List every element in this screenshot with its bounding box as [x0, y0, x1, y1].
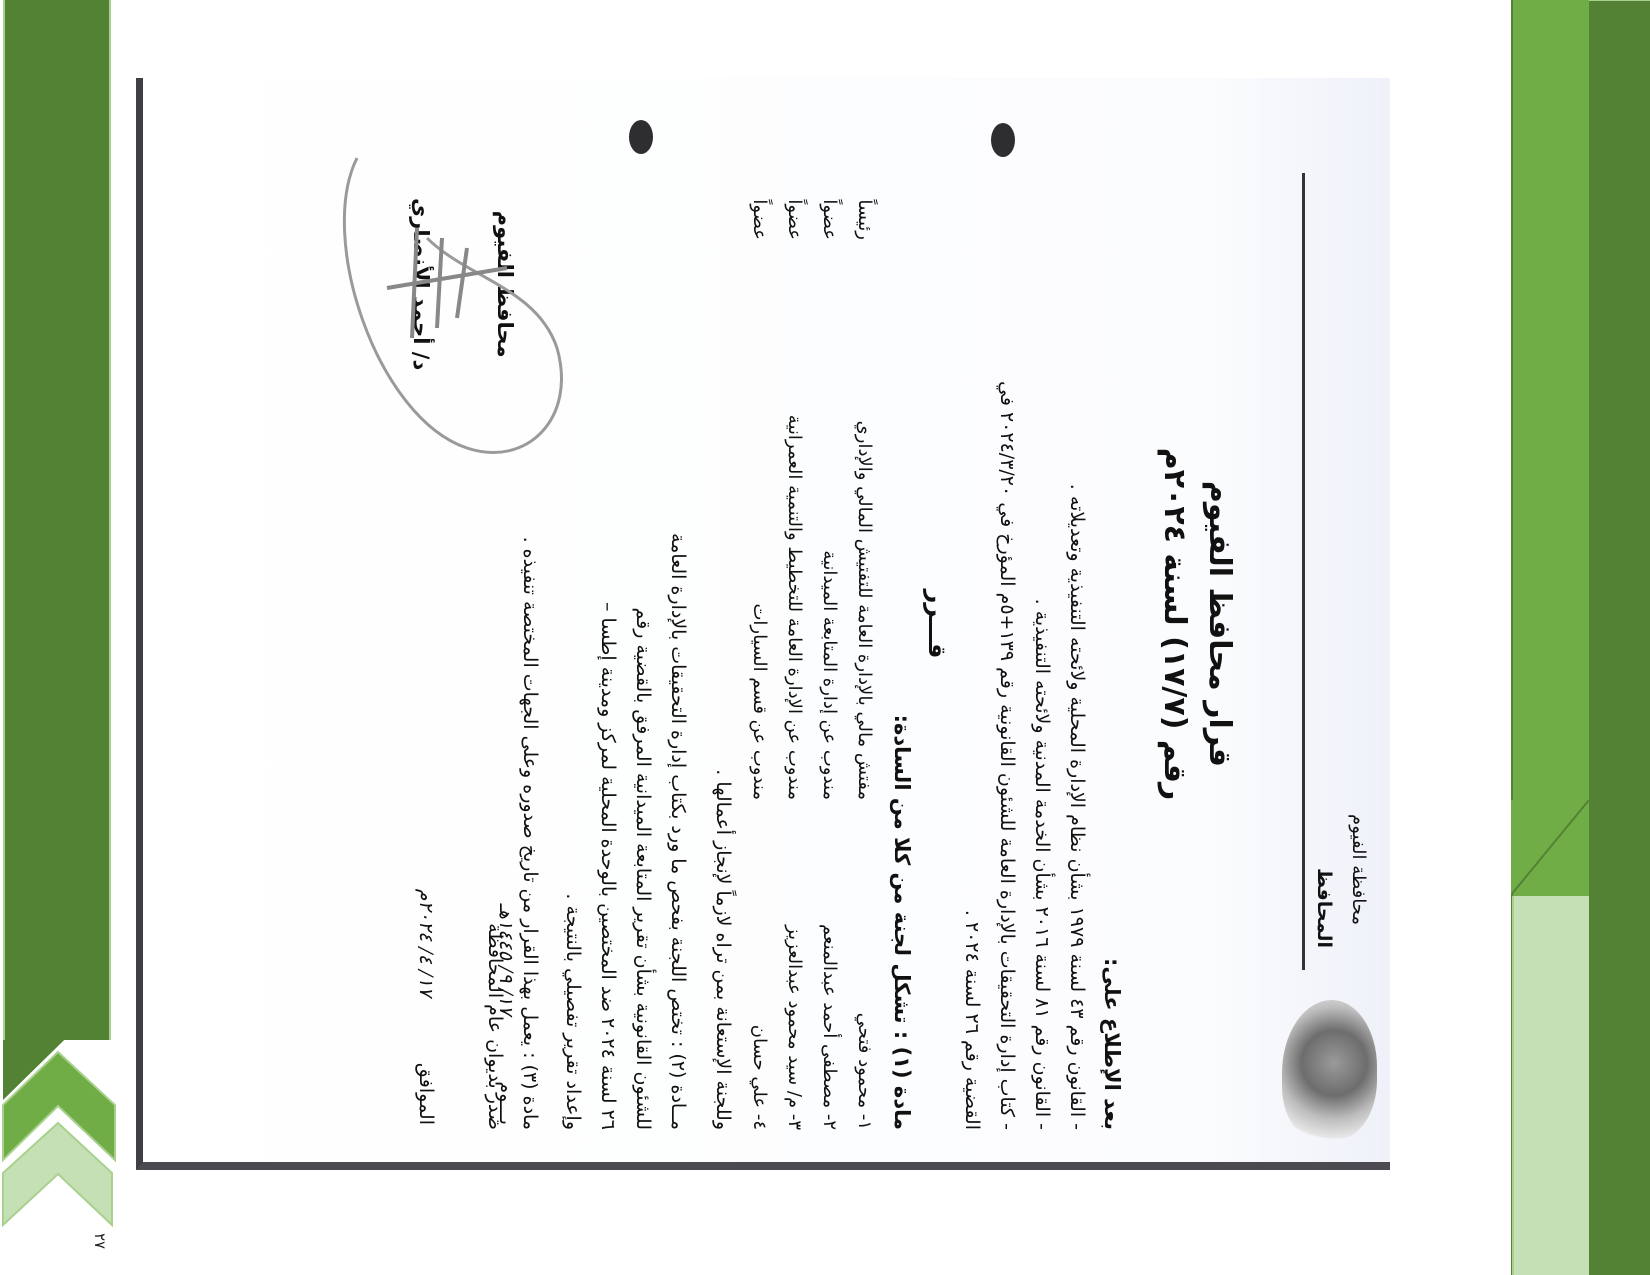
date-block: يـــوم ١٧/ ٩/ ١٤٤٥هـ الموافق ١٧/ ٤/ ٢٠٢٤… — [415, 889, 517, 1125]
preamble-line: - القانون رقم ٤٣ لسنة ١٩٧٩ بشأن نظام الإ… — [1059, 118, 1094, 1130]
header-office: المحافظ — [1313, 868, 1335, 948]
preamble-line: القضية رقم ٢٦ لسنة ٢٠٢٤ . — [954, 118, 989, 1130]
committee-row: ٤- علي حسان مندوب عن قسم السيارات عضواً — [742, 199, 777, 1130]
hijri-date: ١٧/ ٩/ ١٤٤٥هـ — [495, 903, 517, 1015]
article-2-line: للشئون القانونية بشأن تقرير المتابعة الم… — [625, 118, 660, 1130]
decree-body: بعد الإطلاع على: - القانون رقم ٤٣ لسنة ١… — [477, 118, 1129, 1130]
decree-number: رقم (١٧/٧) لسنة ٢٠٢٤م — [1157, 78, 1192, 1170]
governorate-logo-icon — [1282, 1000, 1377, 1140]
signatory-title: محافظ الفيوم — [493, 198, 517, 370]
decree-page: محافظة الفيوم المحافظ قرار محافظ الفيوم … — [143, 78, 1390, 1170]
right-dark-strip — [1589, 0, 1650, 1275]
article-2-line: ٢٦ لسنة ٢٠٢٤ ضد المختصين بالوحدة المحلية… — [590, 118, 625, 1130]
header-divider — [1302, 173, 1305, 970]
preamble-line: - كتاب إدارة التحقيقات بالإدارة العامة ل… — [989, 118, 1024, 1130]
right-triangle-decoration-icon — [1511, 800, 1591, 900]
scanned-document-image: محافظة الفيوم المحافظ قرار محافظ الفيوم … — [136, 78, 1390, 1170]
gregorian-date: ١٧/ ٤/ ٢٠٢٤م — [415, 889, 437, 997]
right-light-panel — [1512, 896, 1591, 1275]
gregorian-label: الموافق — [415, 1063, 437, 1125]
article-1-intro: مادة (١) : تشكل لجنة من كلا من السادة: — [884, 118, 919, 1130]
decree-heading: قـــرر — [919, 118, 954, 1130]
article-2-line: وإعداد تقرير تفصيلي بالنتيجة . — [555, 118, 590, 1130]
header-organization: محافظة الفيوم — [1348, 814, 1369, 925]
decree-title: قرار محافظ الفيوم — [1202, 78, 1237, 1170]
article-2-line: مــادة (٢) : تختص اللجنة بفحص ما ورد بكت… — [660, 118, 695, 1130]
chevron-decoration-icon — [0, 0, 120, 1240]
committee-row: ١- محمود فتحي مفتش مالي بالإدارة العامة … — [847, 199, 882, 1130]
slide-page-number: ٢٧ — [91, 1233, 109, 1249]
signature-block: محافظ الفيوم د/ أحمد الأنصاري — [409, 198, 517, 370]
hijri-label: يـــوم — [495, 1081, 517, 1125]
preamble-heading: بعد الإطلاع على: — [1094, 118, 1129, 1130]
committee-table: ١- محمود فتحي مفتش مالي بالإدارة العامة … — [742, 199, 882, 1130]
committee-row: ٣- م/ سيد محمود عبدالعزيز مندوب عن الإدا… — [777, 199, 812, 1130]
article-1-note: وللجنة الإستعانة بمن تراه لازماً لإنجاز … — [705, 118, 740, 1130]
signatory-name: د/ أحمد الأنصاري — [409, 198, 433, 370]
article-3-line: مادة (٣) : يعمل بهذا القرار من تاريخ صدو… — [512, 118, 547, 1130]
preamble-line: - القانون رقم ٨١ لسنة ٢٠١٦ بشأن الخدمة ا… — [1024, 118, 1059, 1130]
committee-row: ٢- مصطفى أحمد عبدالمنعم مندوب عن إدارة ا… — [812, 199, 847, 1130]
